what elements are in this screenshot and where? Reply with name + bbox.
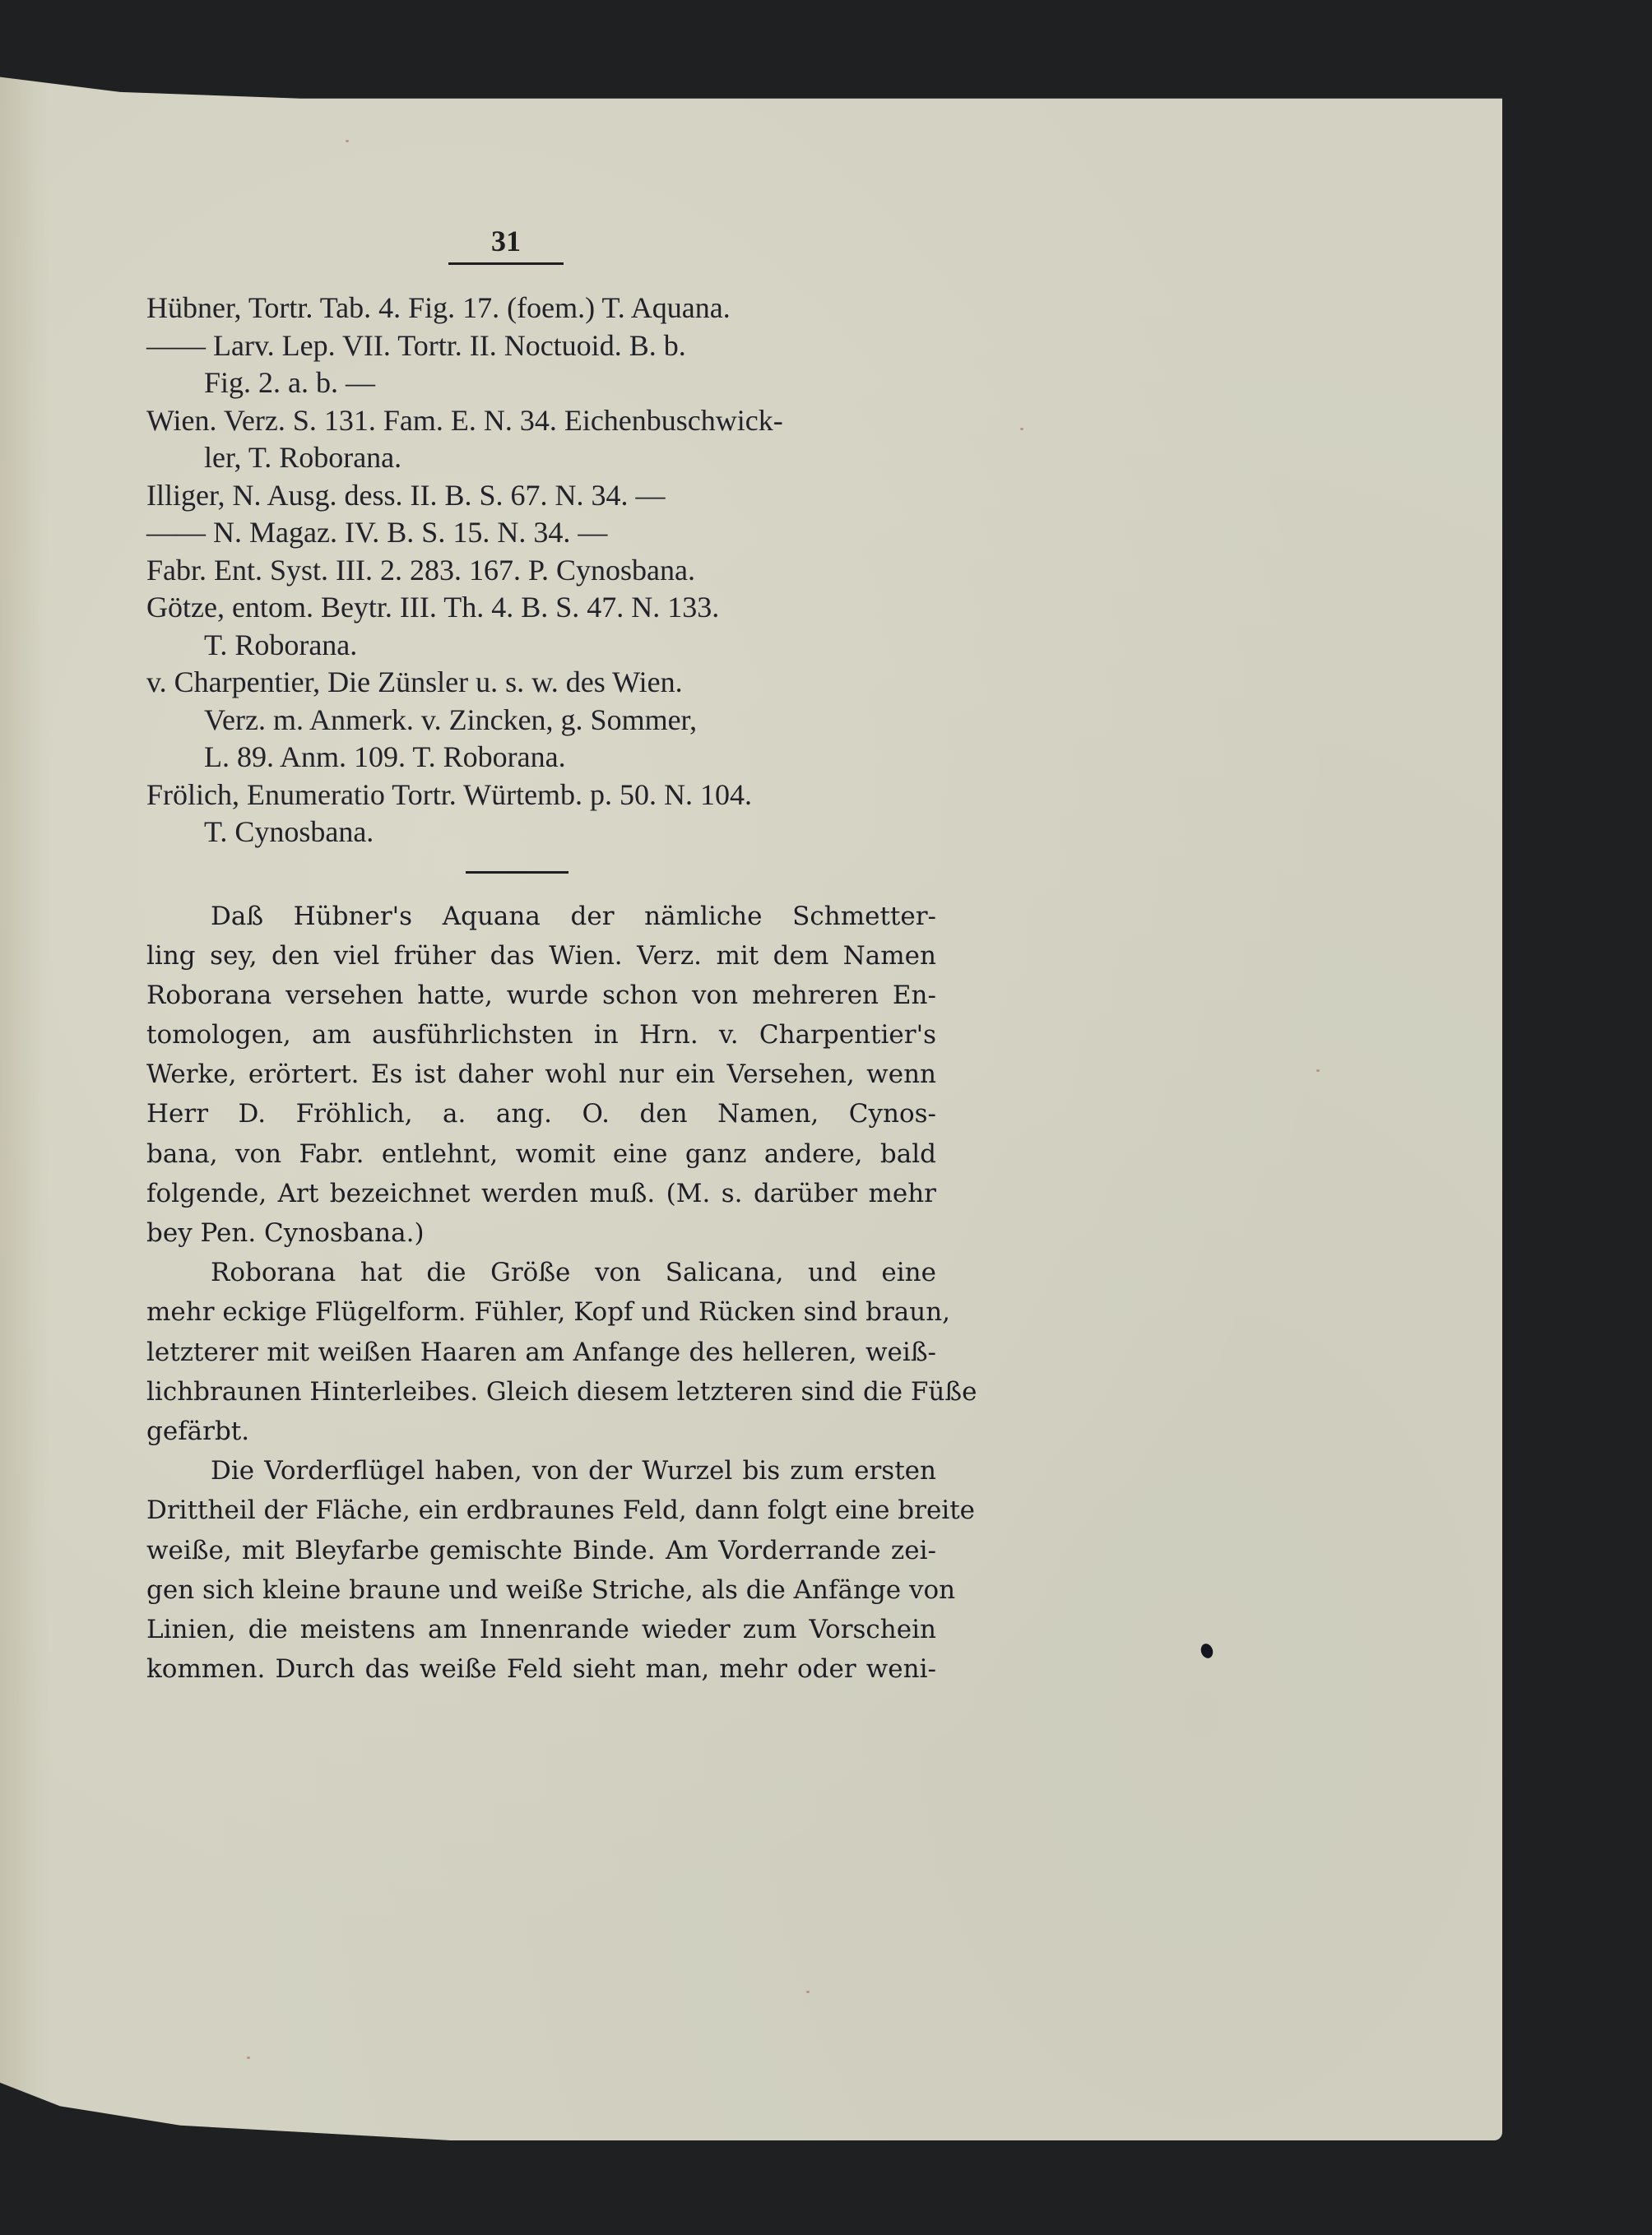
body-line: letzterer mit weißen Haaren am Anfange d…: [146, 1333, 936, 1372]
body-line: Die Vorderflügel haben, von der Wurzel b…: [146, 1451, 936, 1491]
reference-line: Hübner, Tortr. Tab. 4. Fig. 17. (foem.) …: [146, 290, 936, 327]
body-line: kommen. Durch das weiße Feld sieht man, …: [146, 1649, 936, 1689]
reference-line: ler, T. Roborana.: [146, 439, 936, 477]
body-line: Daß Hübner's Aquana der nämliche Schmett…: [146, 897, 936, 936]
body-line: Werke, erörtert. Es ist daher wohl nur e…: [146, 1055, 936, 1094]
body-line: ling sey, den viel früher das Wien. Verz…: [146, 936, 936, 976]
body-line: folgende, Art bezeichnet werden muß. (M.…: [146, 1174, 936, 1213]
reference-line: —— N. Magaz. IV. B. S. 15. N. 34. —: [146, 514, 936, 552]
ink-blot: [1199, 1642, 1214, 1660]
paper-speck: [1316, 1069, 1320, 1072]
body-line: bana, von Fabr. entlehnt, womit eine gan…: [146, 1134, 936, 1174]
book-page: 31 Hübner, Tortr. Tab. 4. Fig. 17. (foem…: [0, 0, 1502, 2140]
paper-speck: [1020, 428, 1023, 430]
body-line: Roborana hat die Größe von Salicana, und…: [146, 1253, 936, 1292]
reference-line: Illiger, N. Ausg. dess. II. B. S. 67. N.…: [146, 477, 936, 515]
body-line: Linien, die meistens am Innenrande wiede…: [146, 1610, 936, 1649]
body-line: weiße, mit Bleyfarbe gemischte Binde. Am…: [146, 1531, 936, 1570]
paper-speck: [806, 1991, 810, 1993]
body-line: Drittheil der Fläche, ein erdbraunes Fel…: [146, 1491, 936, 1530]
text-block: Hübner, Tortr. Tab. 4. Fig. 17. (foem.) …: [146, 290, 936, 1689]
paper-speck: [346, 140, 349, 142]
body-line: tomologen, am ausführlichsten in Hrn. v.…: [146, 1015, 936, 1055]
reference-line: T. Cynosbana.: [146, 814, 936, 851]
reference-line: L. 89. Anm. 109. T. Roborana.: [146, 739, 936, 777]
body-line: Herr D. Fröhlich, a. ang. O. den Namen, …: [146, 1094, 936, 1134]
reference-line: Fig. 2. a. b. —: [146, 364, 936, 402]
reference-line: Wien. Verz. S. 131. Fam. E. N. 34. Eiche…: [146, 402, 936, 440]
body-line: bey Pen. Cynosbana.): [146, 1213, 936, 1253]
reference-line: Fabr. Ent. Syst. III. 2. 283. 167. P. Cy…: [146, 552, 936, 590]
body-line: lichbraunen Hinterleibes. Gleich diesem …: [146, 1372, 936, 1412]
references-list: Hübner, Tortr. Tab. 4. Fig. 17. (foem.) …: [146, 290, 936, 851]
reference-line: —— Larv. Lep. VII. Tortr. II. Noctuoid. …: [146, 327, 936, 365]
header-rule: [448, 262, 564, 265]
body-line: gen sich kleine braune und weiße Striche…: [146, 1570, 936, 1610]
body-line: gefärbt.: [146, 1412, 936, 1451]
body-line: Roborana versehen hatte, wurde schon von…: [146, 976, 936, 1015]
section-divider: [466, 871, 568, 874]
paper-speck: [247, 2056, 250, 2059]
body-line: mehr eckige Flügelform. Fühler, Kopf und…: [146, 1292, 936, 1332]
reference-line: Frölich, Enumeratio Tortr. Würtemb. p. 5…: [146, 777, 936, 814]
reference-line: Götze, entom. Beytr. III. Th. 4. B. S. 4…: [146, 589, 936, 627]
reference-line: T. Roborana.: [146, 627, 936, 665]
page-number: 31: [448, 226, 564, 256]
page-header: 31: [448, 226, 564, 265]
reference-line: Verz. m. Anmerk. v. Zincken, g. Sommer,: [146, 702, 936, 740]
reference-line: v. Charpentier, Die Zünsler u. s. w. des…: [146, 664, 936, 702]
body-text: Daß Hübner's Aquana der nämliche Schmett…: [146, 897, 936, 1690]
